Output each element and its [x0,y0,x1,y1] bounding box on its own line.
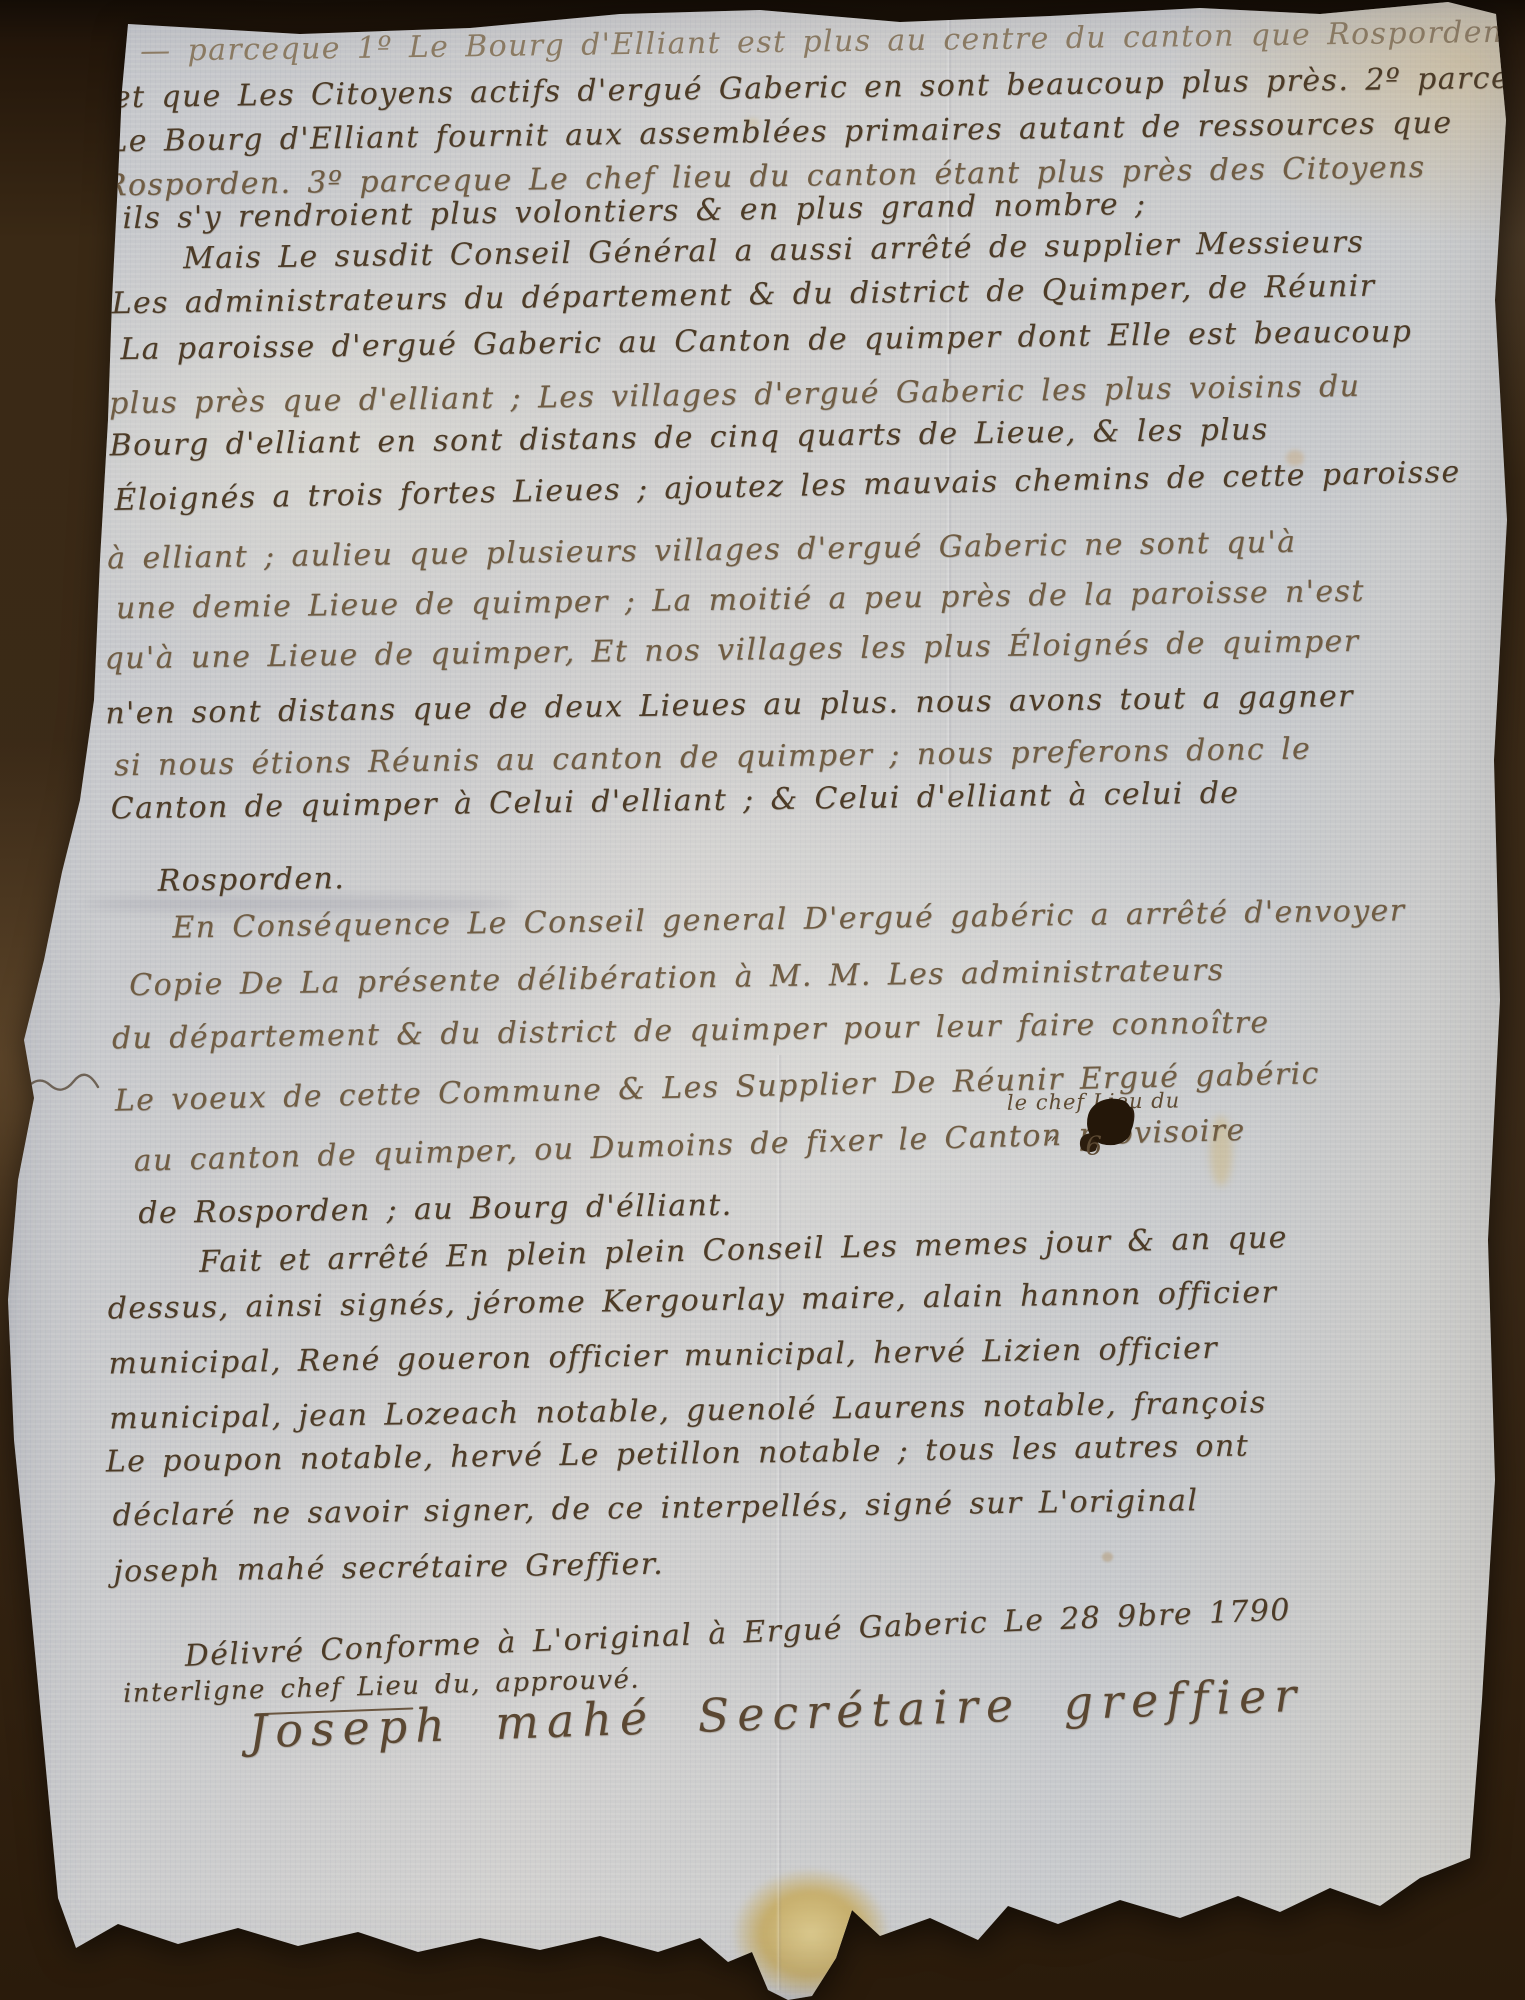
manuscript-line: plus près que d'elliant ; Les villages d… [109,372,1361,419]
manuscript-line: à elliant ; aulieu que plusieurs village… [107,528,1297,575]
manuscript-line: si nous étions Réunis au canton de quimp… [114,735,1311,782]
manuscript-line: joseph mahé secrétaire Greffier. [113,1550,664,1588]
manuscript-text: interligne chef Lieu du, approuvé.Délivr… [0,0,1525,2000]
manuscript-line: Fait et arrêté En plein plein Conseil Le… [199,1223,1288,1278]
manuscript-line: Éloignés a trois fortes Lieues ; ajoutez… [114,458,1461,516]
manuscript-line: de Rosporden ; au Bourg d'élliant. [138,1191,733,1229]
manuscript-line: qu'à une Lieue de quimper, Et nos villag… [104,627,1359,675]
manuscript-line: En Conséquence Le Conseil general D'ergu… [172,896,1405,943]
paper-shadow: interligne chef Lieu du, approuvé.Délivr… [0,0,1525,2000]
manuscript-line: — parceque 1º Le Bourg d'Elliant est plu… [140,17,1525,67]
manuscript-line: déclaré ne savoir signer, de ce interpel… [112,1486,1198,1531]
manuscript-line: Les administrateurs du département & du … [111,272,1375,320]
manuscript-line: Délivré Conforme à L'original à Ergué Ga… [184,1596,1291,1672]
manuscript-paper: interligne chef Lieu du, approuvé.Délivr… [0,0,1525,2000]
manuscript-line: Copie De La présente délibération à M. M… [129,956,1225,1001]
manuscript-line: municipal, René goueron officier municip… [108,1334,1218,1379]
manuscript-line: Bourg d'elliant en sont distans de cinq … [109,415,1268,461]
manuscript-line: du département & du district de quimper … [112,1008,1270,1054]
insertion-caret-mark: ″ 6 [1047,1133,1112,1160]
manuscript-line: Canton de quimper à Celui d'elliant ; & … [111,779,1240,825]
manuscript-line: Le Bourg d'Elliant fournit aux assemblée… [107,109,1452,158]
manuscript-line: dessus, ainsi signés, jérome Kergourlay … [108,1278,1278,1324]
manuscript-line: Rosporden. 3º parceque Le chef lieu du c… [104,153,1426,201]
photo-background: interligne chef Lieu du, approuvé.Délivr… [0,0,1525,2000]
manuscript-line: et que Les Citoyens actifs d'ergué Gaber… [113,63,1525,113]
manuscript-line: n'en sont distans que de deux Lieues au … [105,682,1354,729]
manuscript-line: Mais Le susdit Conseil Général a aussi a… [183,228,1365,274]
manuscript-line: Le poupon notable, hervé Le petillon not… [106,1432,1250,1478]
manuscript-line: Rosporden. [158,864,346,897]
manuscript-line: La paroisse d'ergué Gaberic au Canton de… [120,317,1412,365]
manuscript-line: une demie Lieue de quimper ; La moitié a… [116,577,1365,624]
manuscript-line: municipal, jean Lozeach notable, guenolé… [109,1388,1267,1434]
